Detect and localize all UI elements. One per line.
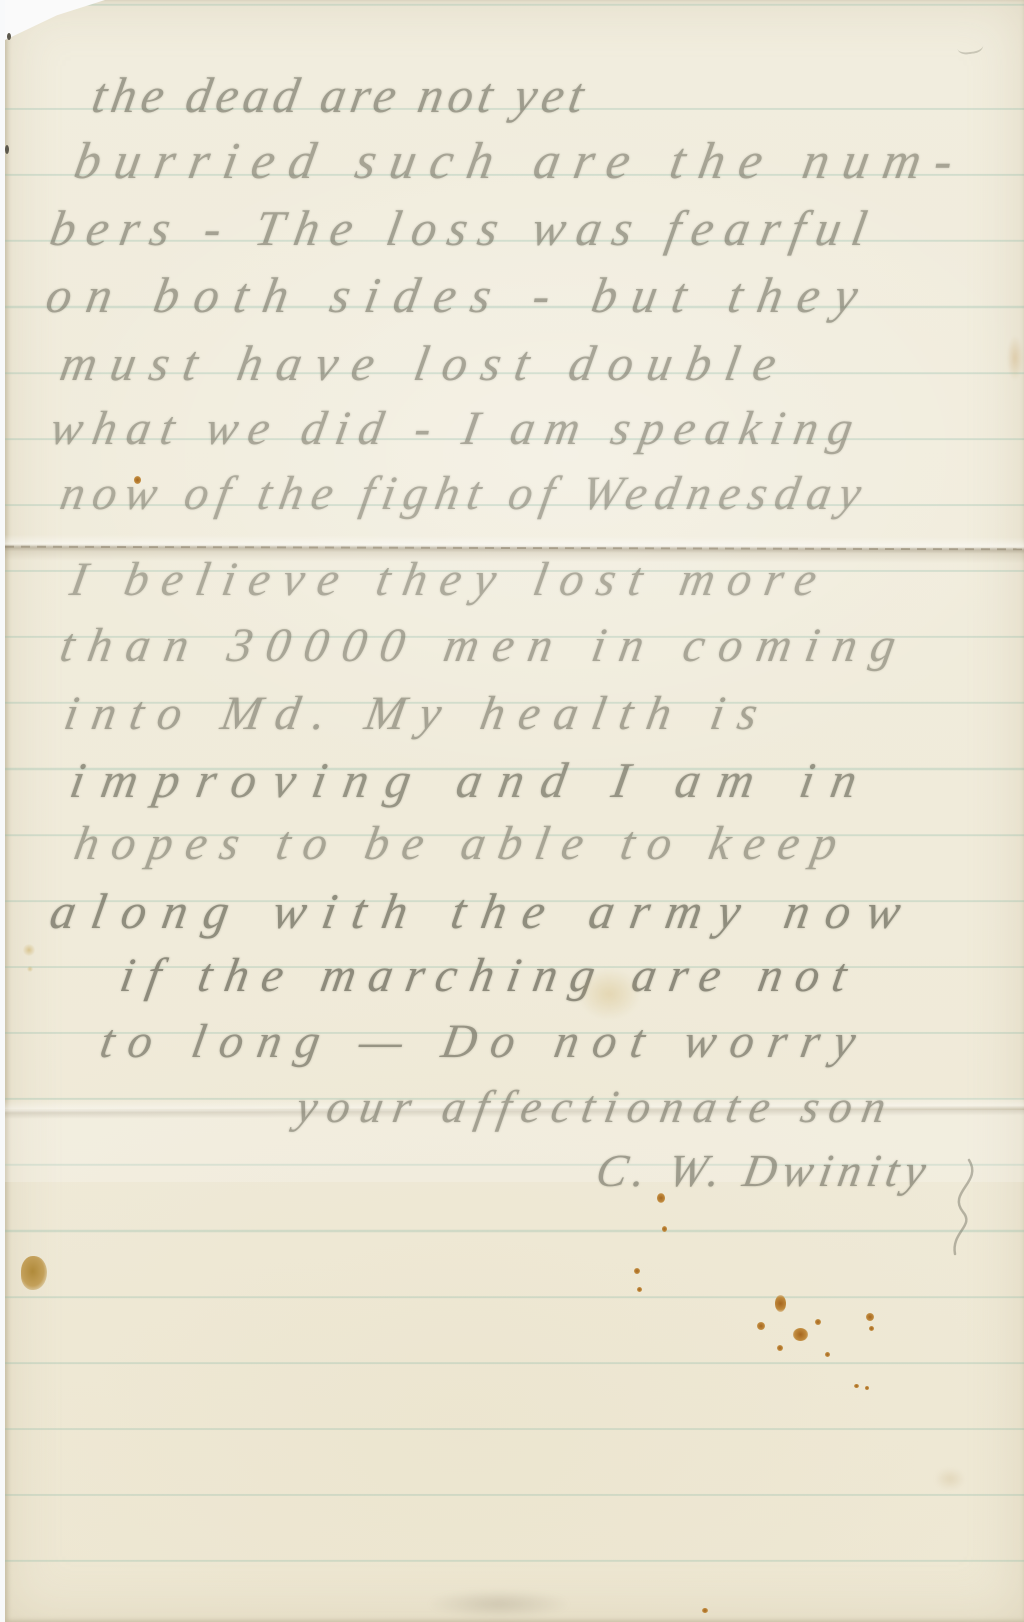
rust-spot bbox=[793, 1328, 808, 1341]
letter-line-14: if the marching are not bbox=[116, 948, 864, 1003]
letter-line-11: improving and I am in bbox=[66, 751, 879, 809]
rust-spot bbox=[657, 1193, 665, 1203]
letter-line-6: what we did - I am speaking bbox=[46, 401, 867, 456]
rust-spot bbox=[854, 1384, 859, 1388]
letter-scan: the dead are not yet burried such are th… bbox=[0, 0, 1024, 1622]
letter-line-10: into Md. My health is bbox=[60, 686, 776, 741]
yellow-stain bbox=[935, 1468, 965, 1490]
signature-flourish bbox=[925, 1158, 995, 1258]
rust-spot bbox=[866, 1313, 874, 1321]
letter-closing: your affectionate son bbox=[292, 1080, 900, 1133]
letter-line-13: along with the army now bbox=[46, 882, 921, 940]
rust-spot bbox=[662, 1226, 667, 1232]
rust-spot bbox=[777, 1345, 783, 1351]
rust-spot bbox=[702, 1608, 708, 1613]
yellow-stain bbox=[23, 944, 35, 956]
letter-signature: C. W. Dwinity bbox=[592, 1144, 936, 1197]
edge-speck bbox=[7, 33, 11, 40]
letter-page: the dead are not yet burried such are th… bbox=[5, 0, 1024, 1622]
letter-line-2: burried such are the num- bbox=[70, 132, 972, 191]
letter-line-1: the dead are not yet bbox=[88, 66, 593, 124]
rust-spot bbox=[637, 1287, 642, 1292]
letter-line-4: on both sides - but they bbox=[42, 266, 877, 324]
letter-line-8: I believe they lost more bbox=[66, 552, 834, 607]
yellow-stain bbox=[27, 966, 33, 972]
yellow-stain bbox=[1007, 336, 1023, 380]
rust-spot bbox=[869, 1326, 874, 1331]
edge-speck bbox=[5, 145, 9, 154]
rust-spot bbox=[134, 476, 141, 484]
letter-line-15: to long — Do not worry bbox=[96, 1014, 874, 1069]
rust-spot bbox=[865, 1386, 869, 1390]
letter-line-12: hopes to be able to keep bbox=[70, 816, 854, 871]
letter-line-9: than 30000 men in coming bbox=[56, 618, 914, 673]
letter-line-7: now of the fight of Wednesday bbox=[56, 466, 873, 521]
yellow-stain bbox=[577, 968, 641, 1020]
rust-spot bbox=[775, 1295, 786, 1312]
letter-line-3: bers - The loss was fearful bbox=[46, 199, 882, 257]
rust-spot bbox=[634, 1268, 640, 1274]
rust-spot bbox=[815, 1319, 821, 1325]
rust-spot bbox=[825, 1352, 830, 1357]
letter-line-5: must have lost double bbox=[56, 334, 795, 392]
rust-spot bbox=[757, 1322, 765, 1330]
bottom-smudge bbox=[429, 1590, 569, 1618]
